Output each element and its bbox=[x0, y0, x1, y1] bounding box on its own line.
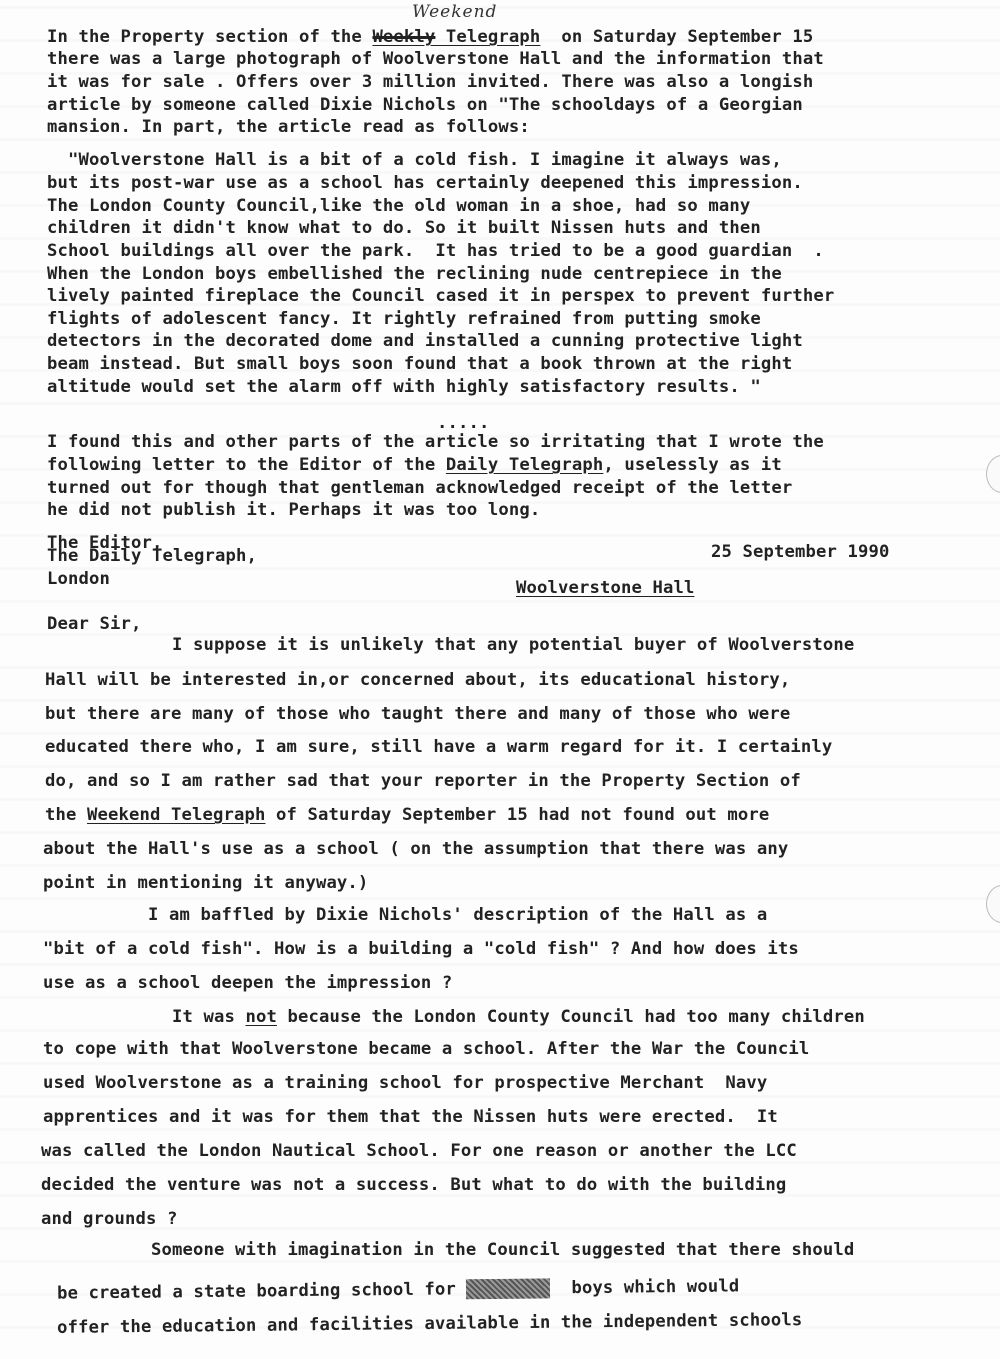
intro-line-4: article by someone called Dixie Nichols … bbox=[47, 95, 803, 115]
letter-body-line: educated there who, I am sure, still hav… bbox=[45, 737, 832, 757]
intro-line-5: mansion. In part, the article read as fo… bbox=[47, 117, 530, 137]
text-span: the bbox=[45, 805, 87, 825]
followup-line: he did not publish it. Perhaps it was to… bbox=[47, 500, 540, 520]
text-span: It was bbox=[67, 1007, 245, 1027]
text-span: Telegraph bbox=[435, 27, 540, 47]
letter-body-line: I suppose it is unlikely that any potent… bbox=[67, 635, 854, 655]
followup-line: following letter to the Editor of the Da… bbox=[47, 455, 782, 475]
letter-body-line: "bit of a cold fish". How is a building … bbox=[43, 939, 799, 959]
text-span: because the London County Council had to… bbox=[277, 1007, 865, 1027]
text-span: be created a state boarding school for bbox=[57, 1279, 467, 1303]
letter-body-line: apprentices and it was for them that the… bbox=[43, 1107, 778, 1127]
letter-body-line: point in mentioning it anyway.) bbox=[43, 873, 368, 893]
newspaper-title: Daily Telegraph bbox=[446, 455, 603, 475]
letter-body-line: be created a state boarding school for x… bbox=[57, 1276, 740, 1303]
quote-line: lively painted fireplace the Council cas… bbox=[47, 286, 834, 306]
letter-body-line: was called the London Nautical School. F… bbox=[41, 1141, 797, 1161]
quote-line: but its post-war use as a school has cer… bbox=[47, 173, 803, 193]
intro-line-3: it was for sale . Offers over 3 million … bbox=[47, 72, 813, 92]
quote-line: The London County Council,like the old w… bbox=[47, 196, 750, 216]
newspaper-title: Weekly Telegraph bbox=[372, 27, 540, 47]
typed-over-deletion: xxxxxxxx bbox=[466, 1278, 550, 1299]
recipient-line-2: The Daily Telegraph, bbox=[47, 546, 257, 566]
letter-body-line: about the Hall's use as a school ( on th… bbox=[43, 839, 788, 859]
quote-line: "Woolverstone Hall is a bit of a cold fi… bbox=[47, 150, 782, 170]
quote-line: beam instead. But small boys soon found … bbox=[47, 354, 792, 374]
letter-body-line: Someone with imagination in the Council … bbox=[67, 1240, 854, 1260]
text-span: In the Property section of the bbox=[47, 27, 372, 47]
quote-line: School buildings all over the park. It h… bbox=[47, 241, 824, 261]
text-span: , uselessly as it bbox=[603, 455, 781, 475]
letter-body-line: It was not because the London County Cou… bbox=[67, 1007, 865, 1027]
struck-word: Weekly bbox=[372, 27, 435, 47]
letter-date: 25 September 1990 bbox=[711, 542, 889, 562]
letter-body-line: used Woolverstone as a training school f… bbox=[43, 1073, 767, 1093]
newspaper-title: Weekend Telegraph bbox=[87, 805, 265, 825]
binder-hole-mark bbox=[986, 885, 1000, 923]
letter-body-line: Hall will be interested in,or concerned … bbox=[45, 670, 790, 690]
text-span: of Saturday September 15 had not found o… bbox=[265, 805, 769, 825]
emphasis-underline: not bbox=[245, 1007, 277, 1027]
text-span: on Saturday September 15 bbox=[540, 27, 813, 47]
followup-line: I found this and other parts of the arti… bbox=[47, 432, 824, 452]
quote-line: children it didn't know what to do. So i… bbox=[47, 218, 761, 238]
intro-line-2: there was a large photograph of Woolvers… bbox=[47, 49, 824, 69]
section-separator: ..... bbox=[437, 413, 490, 433]
binder-hole-mark bbox=[986, 455, 1000, 493]
letter-body-line: and grounds ? bbox=[41, 1209, 177, 1229]
letter-body-line: the Weekend Telegraph of Saturday Septem… bbox=[45, 805, 769, 825]
quote-line: flights of adolescent fancy. It rightly … bbox=[47, 309, 761, 329]
letter-body-line: do, and so I am rather sad that your rep… bbox=[45, 771, 801, 791]
text-span: following letter to the Editor of the bbox=[47, 455, 446, 475]
document-page: Weekend In the Property section of the W… bbox=[0, 0, 1000, 1359]
letter-body-line: to cope with that Woolverstone became a … bbox=[43, 1039, 809, 1059]
letter-body-line: decided the venture was not a success. B… bbox=[41, 1175, 786, 1195]
letter-body-line: but there are many of those who taught t… bbox=[45, 704, 790, 724]
text-span: boys which would bbox=[550, 1276, 739, 1298]
followup-line: turned out for though that gentleman ack… bbox=[47, 478, 792, 498]
recipient-line-3: London bbox=[47, 569, 110, 589]
salutation: Dear Sir, bbox=[47, 614, 141, 634]
quote-line: detectors in the decorated dome and inst… bbox=[47, 331, 803, 351]
letter-subject: Woolverstone Hall bbox=[516, 578, 694, 598]
quote-line: altitude would set the alarm off with hi… bbox=[47, 377, 761, 397]
quote-line: When the London boys embellished the rec… bbox=[47, 264, 782, 284]
intro-line-1: In the Property section of the Weekly Te… bbox=[47, 27, 813, 47]
letter-body-line: I am baffled by Dixie Nichols' descripti… bbox=[43, 905, 767, 925]
handwritten-correction: Weekend bbox=[412, 2, 497, 22]
letter-body-line: offer the education and facilities avail… bbox=[57, 1310, 803, 1338]
letter-body-line: use as a school deepen the impression ? bbox=[43, 973, 452, 993]
